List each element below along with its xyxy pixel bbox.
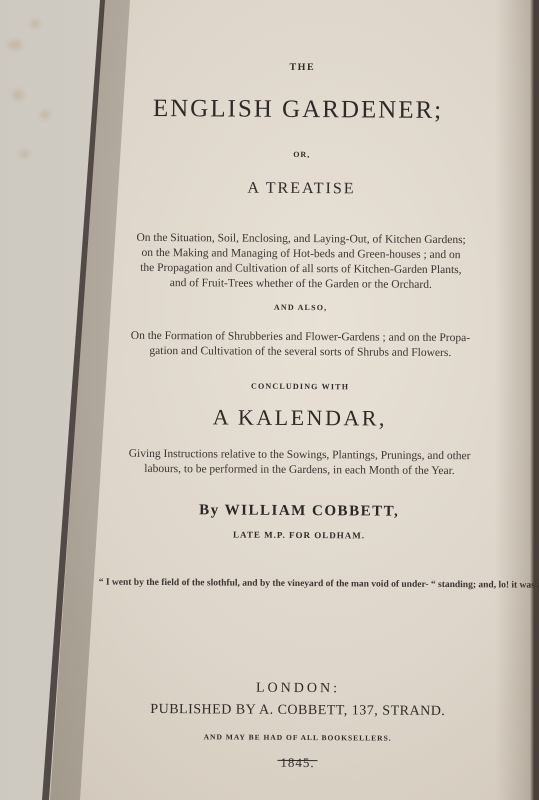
or-label: OR, <box>102 149 502 161</box>
description-line: the Propagation and Cultivation of all s… <box>101 261 501 279</box>
kalendar-heading: A KALENDAR, <box>100 404 500 433</box>
description-line: labours, to be performed in the Gardens,… <box>99 462 499 480</box>
imprint-year: 1845. <box>97 754 497 773</box>
epigraph: “ I went by the field of the slothful, a… <box>99 577 499 592</box>
imprint-sellers: AND MAY BE HAD OF ALL BOOKSELLERS. <box>98 732 498 744</box>
imprint-rule <box>98 747 498 750</box>
author-note: LATE M.P. FOR OLDHAM. <box>99 529 499 542</box>
description-2: On the Formation of Shrubberies and Flow… <box>100 329 500 362</box>
epigraph-line: “ standing; and, lo! it was all grown ov… <box>431 580 539 592</box>
epigraph-line: “ I went by the field of the slothful, a… <box>99 578 429 590</box>
description-line: gation and Cultivation of the several so… <box>100 344 500 362</box>
pre-title: THE <box>102 61 502 75</box>
description-3: Giving Instructions relative to the Sowi… <box>99 447 499 480</box>
author-line: By WILLIAM COBBETT, <box>99 502 499 522</box>
book-title: ENGLISH GARDENER; <box>98 95 498 126</box>
description-1: On the Situation, Soil, Enclosing, and L… <box>101 231 501 294</box>
description-line: and of Fruit-Trees whether of the Garden… <box>101 276 501 294</box>
title-page-content: THE ENGLISH GARDENER; OR, A TREATISE On … <box>97 0 503 800</box>
concluding-label: CONCLUDING WITH <box>100 381 500 393</box>
imprint-city: LONDON: <box>98 680 498 699</box>
imprint-publisher: PUBLISHED BY A. COBBETT, 137, STRAND. <box>98 702 498 721</box>
subtitle: A TREATISE <box>101 179 501 200</box>
also-label: AND ALSO, <box>101 302 501 314</box>
